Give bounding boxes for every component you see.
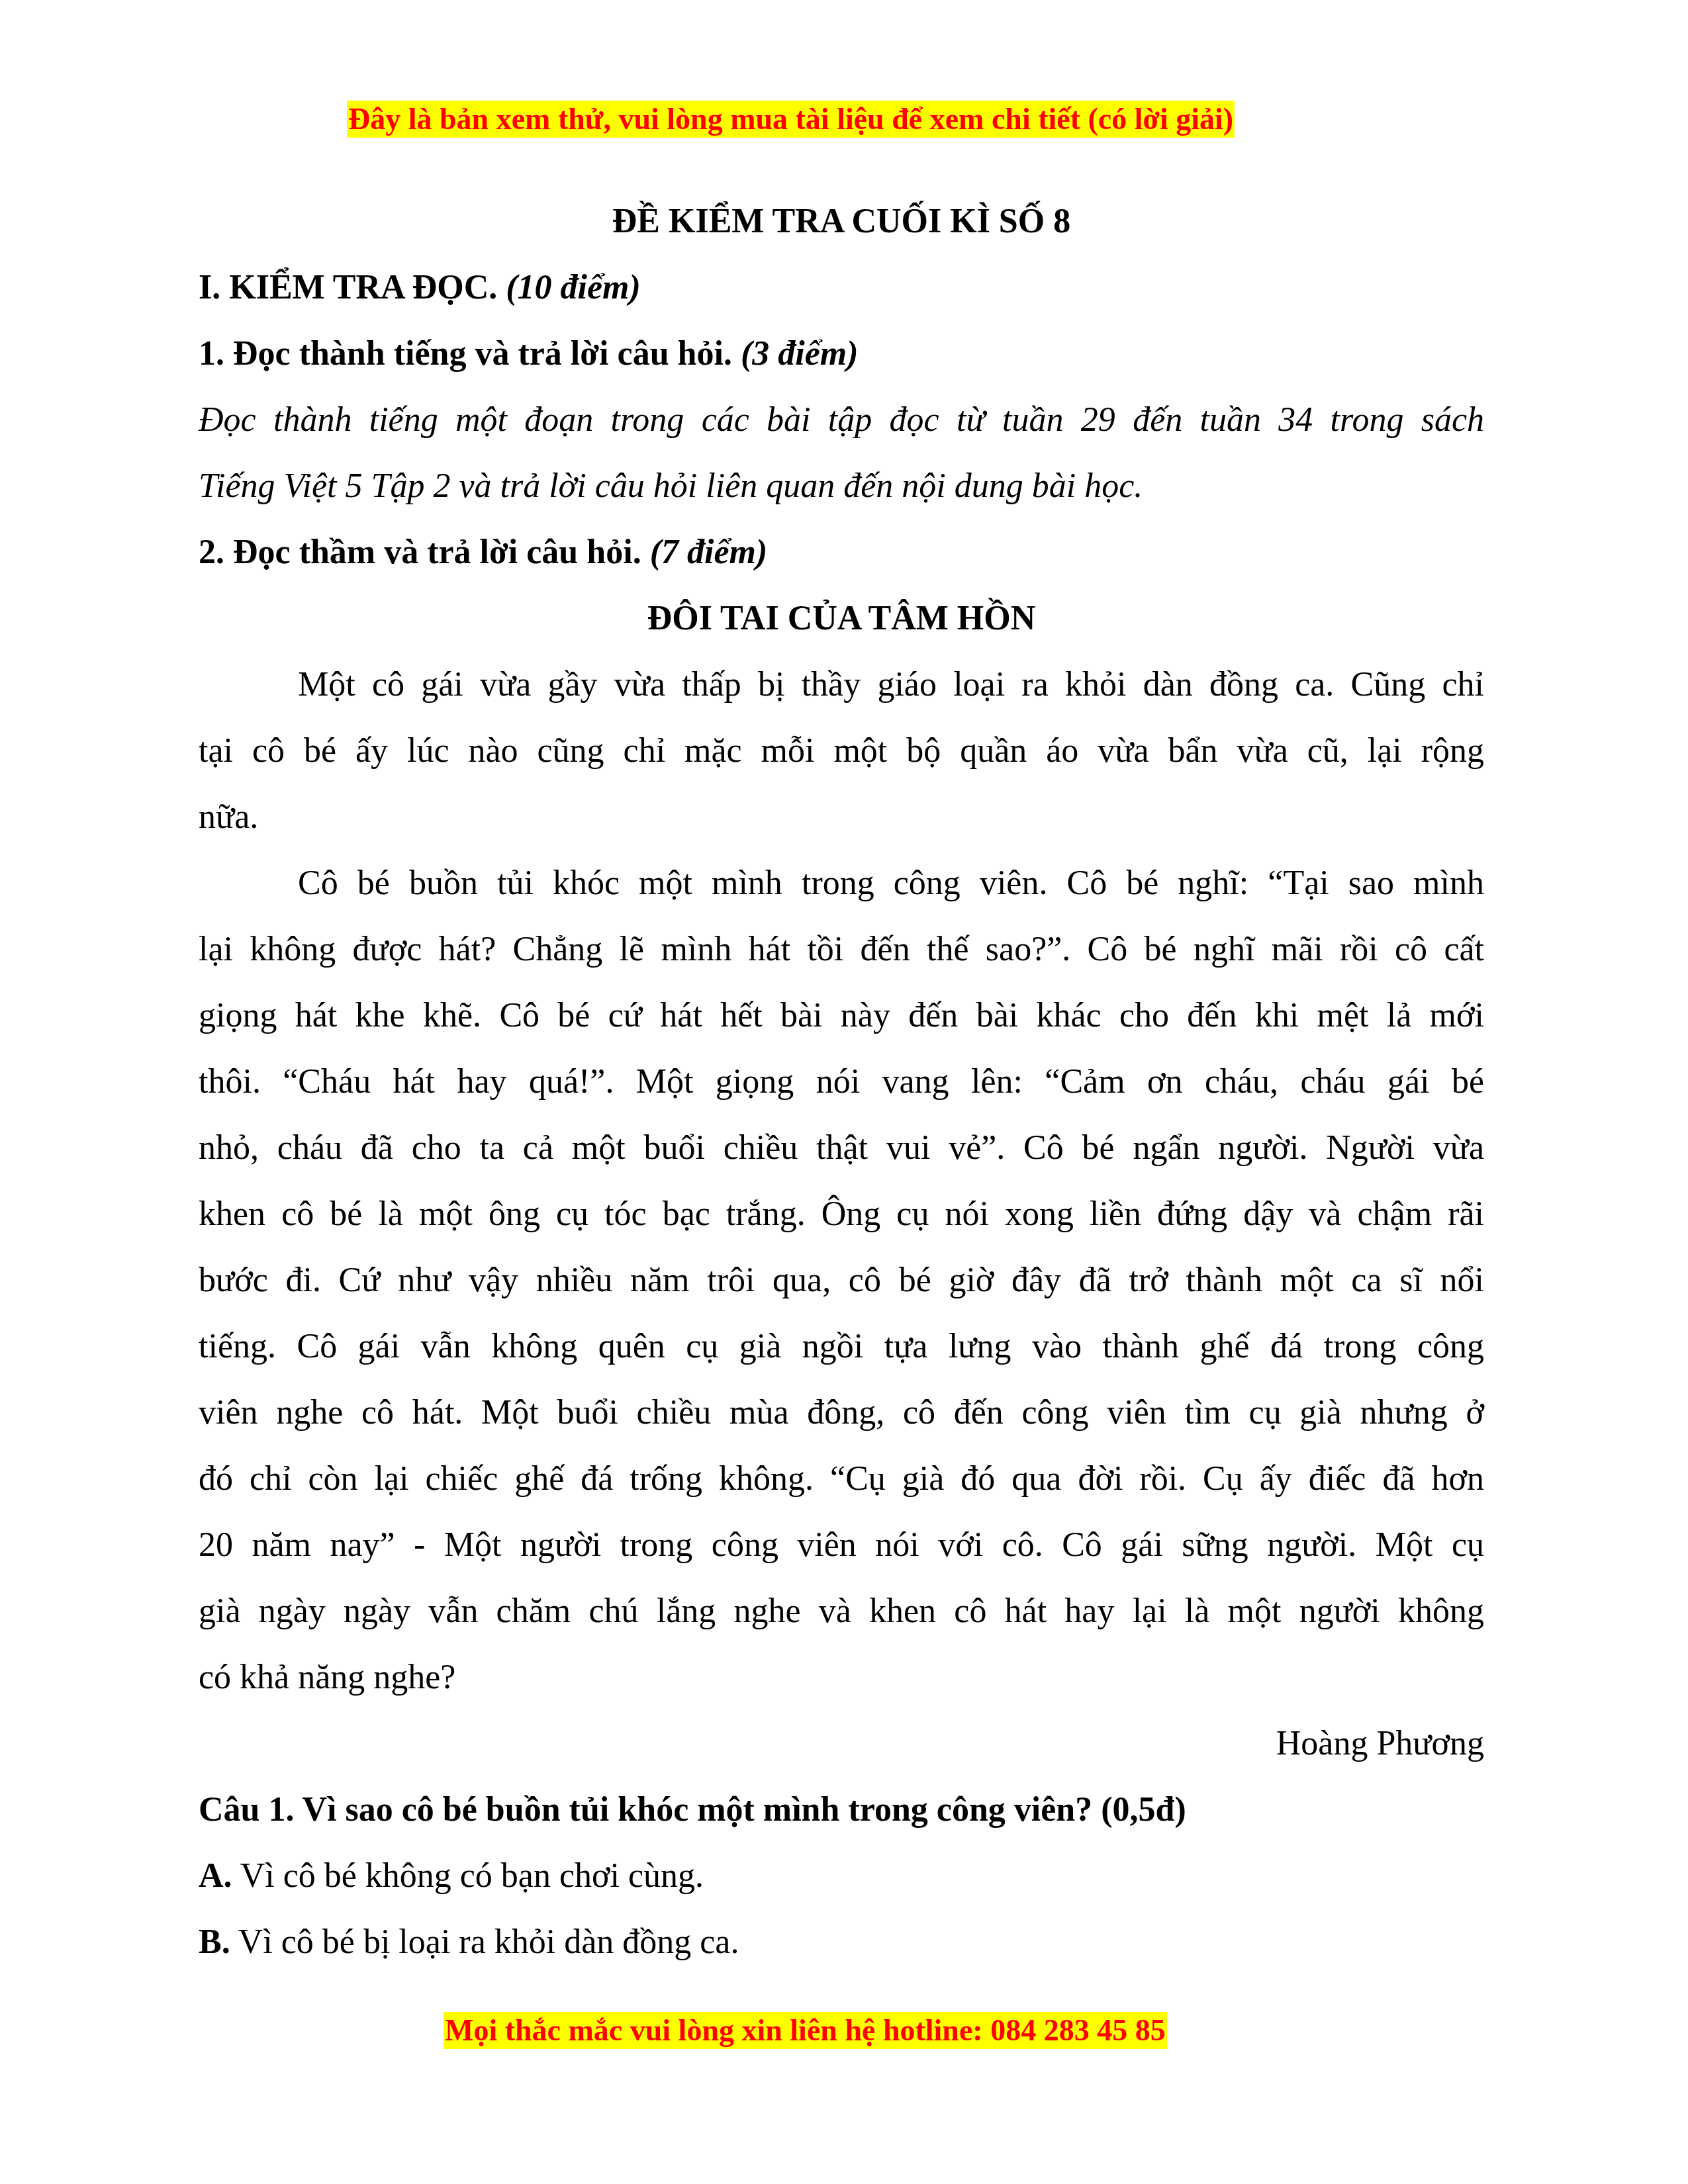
section-heading-text: I. KIỂM TRA ĐỌC.	[199, 269, 497, 306]
story-line: giọng hát khe khẽ. Cô bé cứ hát hết bài …	[199, 996, 1484, 1036]
part1-instruction-line: Đọc thành tiếng một đoạn trong các bài t…	[199, 400, 1484, 440]
story-line: viên nghe cô hát. Một buổi chiều mùa đôn…	[199, 1393, 1484, 1433]
story-line: Một cô gái vừa gầy vừa thấp bị thầy giáo…	[199, 665, 1484, 705]
story-line: đó chỉ còn lại chiếc ghế đá trống không.…	[199, 1459, 1484, 1499]
story-author: Hoàng Phương	[199, 1724, 1484, 1764]
option-label: A.	[199, 1857, 232, 1895]
hotline-banner: Mọi thắc mắc vui lòng xin liên hệ hotlin…	[444, 2012, 1167, 2049]
preview-notice-banner: Đây là bản xem thử, vui lòng mua tài liệ…	[347, 101, 1235, 138]
section-heading-reading: I. KIỂM TRA ĐỌC. (10 điểm)	[199, 268, 1484, 308]
story-line: tiếng. Cô gái vẫn không quên cụ già ngồi…	[199, 1327, 1484, 1367]
story-line: nữa.	[199, 797, 1484, 837]
story-title: ĐÔI TAI CỦA TÂM HỒN	[199, 599, 1484, 639]
option-text: Vì cô bé không có bạn chơi cùng.	[240, 1857, 704, 1895]
story-line: 20 năm nay” - Một người trong công viên …	[199, 1525, 1484, 1565]
part1-heading: 1. Đọc thành tiếng và trả lời câu hỏi. (…	[199, 334, 1484, 374]
story-line: già ngày ngày vẫn chăm chú lắng nghe và …	[199, 1592, 1484, 1631]
part2-heading: 2. Đọc thầm và trả lời câu hỏi. (7 điểm)	[199, 533, 1484, 572]
story-line: khen cô bé là một ông cụ tóc bạc trắng. …	[199, 1195, 1484, 1234]
story-line: lại không được hát? Chẳng lẽ mình hát tồ…	[199, 930, 1484, 970]
option-text: Vì cô bé bị loại ra khỏi dàn đồng ca.	[238, 1923, 739, 1961]
story-line: có khả năng nghe?	[199, 1658, 1484, 1698]
story-line: bước đi. Cứ như vậy nhiều năm trôi qua, …	[199, 1261, 1484, 1300]
part2-heading-text: 2. Đọc thầm và trả lời câu hỏi.	[199, 533, 641, 571]
exam-title: ĐỀ KIỂM TRA CUỐI KÌ SỐ 8	[199, 202, 1484, 242]
part2-points: (7 điểm)	[650, 533, 768, 571]
story-line: nhỏ, cháu đã cho ta cả một buổi chiều th…	[199, 1128, 1484, 1168]
option-label: B.	[199, 1923, 230, 1961]
part1-instruction-line: Tiếng Việt 5 Tập 2 và trả lời câu hỏi li…	[199, 467, 1484, 506]
question-1-option-b: B. Vì cô bé bị loại ra khỏi dàn đồng ca.	[199, 1923, 1484, 1962]
question-1-option-a: A. Vì cô bé không có bạn chơi cùng.	[199, 1856, 1484, 1896]
part1-points: (3 điểm)	[741, 335, 859, 373]
story-line: thôi. “Cháu hát hay quá!”. Một giọng nói…	[199, 1062, 1484, 1102]
part1-heading-text: 1. Đọc thành tiếng và trả lời câu hỏi.	[199, 335, 732, 373]
story-line: tại cô bé ấy lúc nào cũng chỉ mặc mỗi mộ…	[199, 731, 1484, 771]
question-1: Câu 1. Vì sao cô bé buồn tủi khóc một mì…	[199, 1790, 1484, 1830]
section-points: (10 điểm)	[506, 269, 641, 306]
story-line: Cô bé buồn tủi khóc một mình trong công …	[199, 864, 1484, 903]
